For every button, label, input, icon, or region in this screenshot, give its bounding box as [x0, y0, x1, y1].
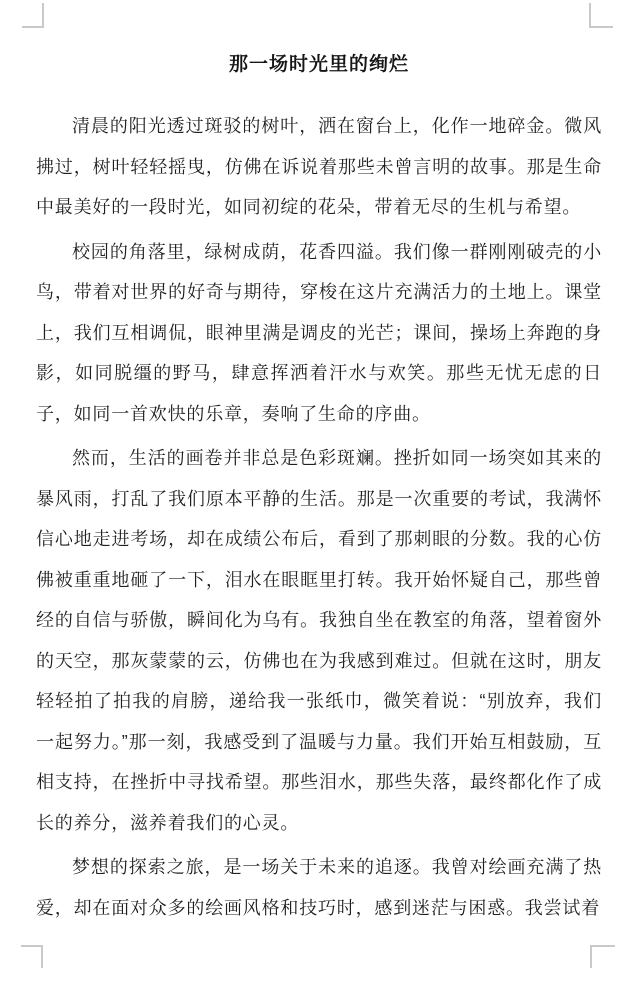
essay-paragraph-3: 然而，生活的画卷并非总是色彩斑斓。挫折如同一场突如其来的暴风雨，打乱了我们原本平…	[36, 438, 602, 843]
margin-crop-mark-top-left-icon	[22, 3, 44, 28]
essay-paragraph-2: 校园的角落里，绿树成荫，花香四溢。我们像一群刚刚破壳的小鸟，带着对世界的好奇与期…	[36, 232, 602, 435]
essay-title: 那一场时光里的绚烂	[36, 50, 602, 80]
margin-crop-mark-bottom-right-icon	[590, 945, 615, 968]
document-page: 那一场时光里的绚烂 清晨的阳光透过斑驳的树叶，洒在窗台上，化作一地碎金。微风拂过…	[0, 0, 636, 991]
essay-paragraph-4: 梦想的探索之旅，是一场关于未来的追逐。我曾对绘画充满了热爱，却在面对众多的绘画风…	[36, 847, 602, 928]
margin-crop-mark-bottom-left-icon	[21, 945, 43, 968]
margin-crop-mark-top-right-icon	[589, 3, 613, 28]
essay-paragraph-1: 清晨的阳光透过斑驳的树叶，洒在窗台上，化作一地碎金。微风拂过，树叶轻轻摇曳，仿佛…	[36, 106, 602, 228]
document-body: 那一场时光里的绚烂 清晨的阳光透过斑驳的树叶，洒在窗台上，化作一地碎金。微风拂过…	[36, 50, 602, 932]
